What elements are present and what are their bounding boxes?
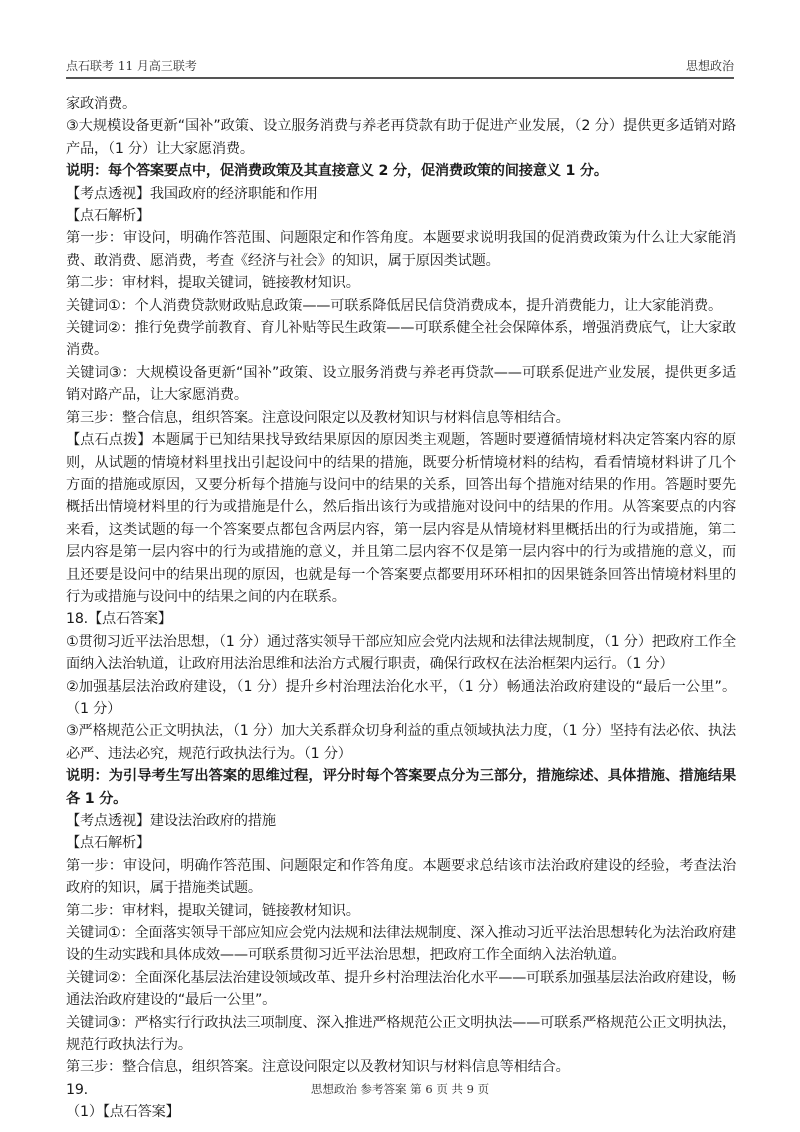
question-heading: 18.【点石答案】 [66, 608, 736, 630]
paragraph: 关键词①：个人消费贷款财政贴息政策——可联系降低居民信贷消费成本，提升消费能力，… [66, 295, 736, 317]
paragraph: 关键词③：严格实行行政执法三项制度、深入推进严格规范公正文明执法——可联系严格规… [66, 1012, 736, 1057]
paragraph: 关键词②：推行免费学前教育、育儿补贴等民生政策——可联系健全社会保障体系，增强消… [66, 317, 736, 362]
paragraph: 家政消费。 [66, 93, 736, 115]
page-footer: 思想政治 参考答案 第 6 页 共 9 页 [0, 1081, 800, 1097]
header-exam-title: 点石联考 11 月高三联考 [66, 57, 197, 74]
scoring-note: 说明：每个答案要点中，促消费政策及其直接意义 2 分，促消费政策的间接意义 1 … [66, 160, 736, 182]
paragraph: ②加强基层法治政府建设，（1 分）提升乡村治理法治化水平，（1 分）畅通法治政府… [66, 676, 736, 721]
paragraph: 【考点透视】建设法治政府的措施 [66, 810, 736, 832]
page-header: 点石联考 11 月高三联考 思想政治 [66, 52, 734, 79]
paragraph: 【点石点拨】本题属于已知结果找导致结果原因的原因类主观题，答题时要遵循情境材料决… [66, 429, 736, 608]
paragraph: 【点石解析】 [66, 205, 736, 227]
paragraph: 第一步：审设问，明确作答范围、问题限定和作答角度。本题要求说明我国的促消费政策为… [66, 227, 736, 272]
paragraph: 第二步：审材料，提取关键词，链接教材知识。 [66, 272, 736, 294]
paragraph: 【考点透视】我国政府的经济职能和作用 [66, 183, 736, 205]
paragraph: ③严格规范公正文明执法，（1 分）加大关系群众切身利益的重点领域执法力度，（1 … [66, 720, 736, 765]
paragraph: ①贯彻习近平法治思想，（1 分）通过落实领导干部应知应会党内法规和法律法规制度，… [66, 631, 736, 676]
paragraph: 第二步：审材料，提取关键词，链接教材知识。 [66, 900, 736, 922]
header-subject: 思想政治 [686, 57, 734, 74]
scoring-note: 说明：为引导考生写出答案的思维过程，评分时每个答案要点分为三部分，措施综述、具体… [66, 765, 736, 810]
paragraph: 【点石解析】 [66, 832, 736, 854]
paragraph: 关键词①：全面落实领导干部应知应会党内法规和法律法规制度、深入推动习近平法治思想… [66, 922, 736, 967]
paragraph: 关键词③：大规模设备更新“国补”政策、设立服务消费与养老再贷款——可联系促进产业… [66, 362, 736, 407]
paragraph: 第三步：整合信息，组织答案。注意设问限定以及教材知识与材料信息等相结合。 [66, 1056, 736, 1078]
paragraph: ③大规模设备更新“国补”政策、设立服务消费与养老再贷款有助于促进产业发展，（2 … [66, 115, 736, 160]
sub-question-heading: （1）【点石答案】 [66, 1101, 736, 1123]
paragraph: 第三步：整合信息，组织答案。注意设问限定以及教材知识与材料信息等相结合。 [66, 407, 736, 429]
answer-content: 家政消费。 ③大规模设备更新“国补”政策、设立服务消费与养老再贷款有助于促进产业… [66, 93, 736, 1124]
paragraph: 第一步：审设问，明确作答范围、问题限定和作答角度。本题要求总结该市法治政府建设的… [66, 855, 736, 900]
paragraph: 关键词②：全面深化基层法治建设领域改革、提升乡村治理法治化水平——可联系加强基层… [66, 967, 736, 1012]
